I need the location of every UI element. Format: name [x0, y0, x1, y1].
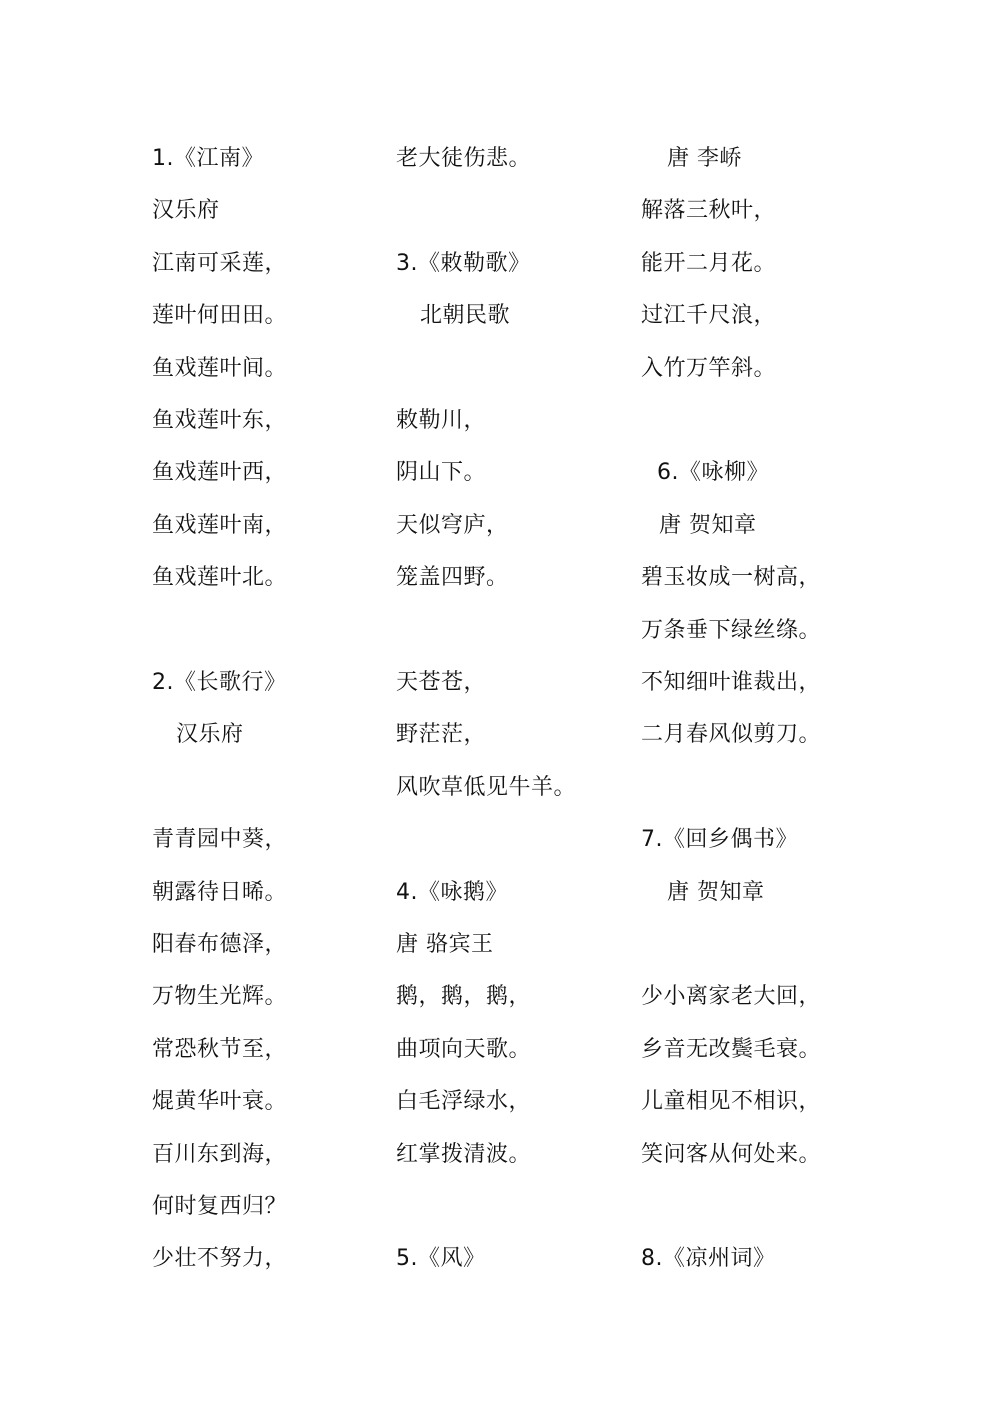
poem-verse-line: 百川东到海， [152, 1140, 287, 1170]
poem-verse-line: 鹅，鹅，鹅， [396, 982, 531, 1012]
poem-verse-line: 碧玉妆成一树高， [641, 563, 821, 593]
poem-verse-line: 天苍苍， [396, 668, 486, 698]
poem-verse-line: 阳春布德泽， [152, 930, 287, 960]
poem-verse-line: 焜黄华叶衰。 [152, 1087, 287, 1117]
poem-author: 唐 贺知章 [667, 878, 765, 908]
poem-verse-line: 少壮不努力， [152, 1244, 287, 1274]
poem-title: 1.《江南》 [152, 144, 264, 174]
poem-title: 5.《风》 [396, 1244, 486, 1274]
poem-verse-line: 红掌拨清波。 [396, 1140, 531, 1170]
poem-title: 6.《咏柳》 [657, 458, 769, 488]
poem-verse-line: 江南可采莲， [152, 249, 287, 279]
poem-author: 唐 贺知章 [659, 511, 757, 541]
poem-verse-line: 乡音无改鬓毛衰。 [641, 1035, 821, 1065]
poem-verse-line: 儿童相见不相识， [641, 1087, 821, 1117]
poem-verse-line: 阴山下。 [396, 458, 486, 488]
poem-verse-line: 曲项向天歌。 [396, 1035, 531, 1065]
document-page: 1.《江南》汉乐府江南可采莲，莲叶何田田。鱼戏莲叶间。鱼戏莲叶东，鱼戏莲叶西，鱼… [0, 0, 1000, 1415]
poem-verse-line: 万物生光辉。 [152, 982, 287, 1012]
poem-author: 汉乐府 [176, 720, 244, 750]
poem-verse-line: 万条垂下绿丝绦。 [641, 616, 821, 646]
poem-verse-line: 入竹万竿斜。 [641, 354, 776, 384]
poem-verse-line: 二月春风似剪刀。 [641, 720, 821, 750]
poem-verse-line: 青青园中葵， [152, 825, 287, 855]
poem-verse-line: 白毛浮绿水， [396, 1087, 531, 1117]
poem-verse-line: 鱼戏莲叶东， [152, 406, 287, 436]
poem-verse-line: 鱼戏莲叶西， [152, 458, 287, 488]
poem-verse-line: 风吹草低见牛羊。 [396, 773, 576, 803]
poem-verse-line: 解落三秋叶， [641, 196, 776, 226]
poem-verse-line: 不知细叶谁裁出， [641, 668, 821, 698]
poem-verse-line: 笑问客从何处来。 [641, 1140, 821, 1170]
poem-author: 汉乐府 [152, 196, 220, 226]
poem-verse-line: 朝露待日晞。 [152, 878, 287, 908]
poem-verse-line: 野茫茫， [396, 720, 486, 750]
column-right: 唐 李峤解落三秋叶，能开二月花。过江千尺浪，入竹万竿斜。6.《咏柳》唐 贺知章碧… [641, 0, 881, 1415]
column-middle: 老大徒伤悲。3.《敕勒歌》北朝民歌敕勒川，阴山下。天似穹庐，笼盖四野。天苍苍，野… [396, 0, 636, 1415]
poem-title: 4.《咏鹅》 [396, 878, 508, 908]
poem-verse-line: 笼盖四野。 [396, 563, 509, 593]
poem-author: 唐 李峤 [667, 144, 742, 174]
poem-verse-line: 少小离家老大回， [641, 982, 821, 1012]
poem-author: 北朝民歌 [420, 301, 510, 331]
poem-title: 8.《凉州词》 [641, 1244, 776, 1274]
poem-verse-line: 鱼戏莲叶南， [152, 511, 287, 541]
poem-author: 唐 骆宾王 [396, 930, 494, 960]
column-left: 1.《江南》汉乐府江南可采莲，莲叶何田田。鱼戏莲叶间。鱼戏莲叶东，鱼戏莲叶西，鱼… [152, 0, 392, 1415]
poem-verse-line: 鱼戏莲叶间。 [152, 354, 287, 384]
poem-title: 3.《敕勒歌》 [396, 249, 531, 279]
poem-verse-line: 何时复西归？ [152, 1192, 287, 1222]
poem-title: 7.《回乡偶书》 [641, 825, 798, 855]
poem-verse-line: 莲叶何田田。 [152, 301, 287, 331]
poem-verse-line: 敕勒川， [396, 406, 486, 436]
poem-title: 2.《长歌行》 [152, 668, 287, 698]
poem-verse-line: 天似穹庐， [396, 511, 509, 541]
poem-verse-line: 能开二月花。 [641, 249, 776, 279]
poem-verse-line: 鱼戏莲叶北。 [152, 563, 287, 593]
poem-verse-line: 老大徒伤悲。 [396, 144, 531, 174]
poem-verse-line: 过江千尺浪， [641, 301, 776, 331]
poem-verse-line: 常恐秋节至， [152, 1035, 287, 1065]
